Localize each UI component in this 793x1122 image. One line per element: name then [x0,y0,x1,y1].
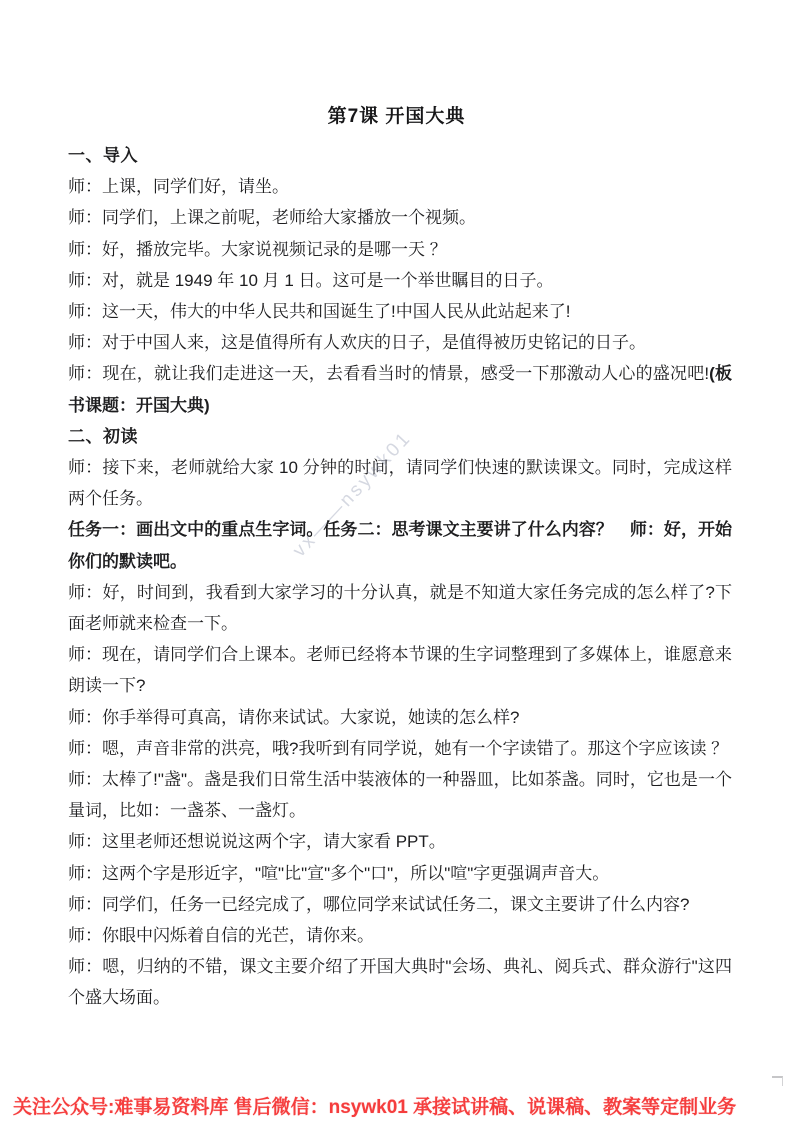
dialogue-line: 师：现在，请同学们合上课本。老师已经将本节课的生字词整理到了多媒体上，谁愿意来朗… [68,639,732,701]
task-instructions-line: 任务一：画出文中的重点生字词。任务二：思考课文主要讲了什么内容？ 师：好，开始你… [68,514,732,576]
dialogue-line: 师：对于中国人来，这是值得所有人欢庆的日子，是值得被历史铭记的日子。 [68,327,732,358]
dialogue-line: 师：同学们，上课之前呢，老师给大家播放一个视频。 [68,202,732,233]
dialogue-line: 师：同学们，任务一已经完成了，哪位同学来试试任务二，课文主要讲了什么内容? [68,889,732,920]
dialogue-line: 师：接下来，老师就给大家 10 分钟的时间，请同学们快速的默读课文。同时，完成这… [68,452,732,514]
dialogue-line: 师：这两个字是形近字，"喧"比"宣"多个"口"，所以"喧"字更强调声音大。 [68,858,732,889]
dialogue-line: 师：这一天，伟大的中华人民共和国诞生了!中国人民从此站起来了! [68,296,732,327]
dialogue-line: 师：这里老师还想说说这两个字，请大家看 PPT。 [68,826,732,857]
dialogue-line: 师：好，播放完毕。大家说视频记录的是哪一天 ？ [68,234,732,265]
dialogue-line: 师：嗯，声音非常的洪亮，哦?我听到有同学说，她有一个字读错了。那这个字应该读 ？ [68,733,732,764]
document-page: 第7课 开国大典 vx——nsywk01 一、导入 师：上课，同学们好，请坐。 … [0,0,793,1122]
dialogue-line: 师：你手举得可真高，请你来试试。大家说，她读的怎么样? [68,702,732,733]
lesson-script-body: 一、导入 师：上课，同学们好，请坐。 师：同学们，上课之前呢，老师给大家播放一个… [0,128,793,1014]
section-heading-first-reading: 二、初读 [68,421,732,452]
dialogue-text: 师：现在，就让我们走进这一天，去看看当时的情景，感受一下那激动人心的盛况吧! [68,364,709,383]
dialogue-line: 师：太棒了!"盏"。盏是我们日常生活中装液体的一种器皿，比如茶盏。同时，它也是一… [68,764,732,826]
dialogue-line: 师：上课，同学们好，请坐。 [68,171,732,202]
page-smudge-artifact [772,1076,783,1086]
dialogue-line: 师：嗯，归纳的不错，课文主要介绍了开国大典时"会场、典礼、阅兵式、群众游行"这四… [68,951,732,1013]
footer-promo-text: 关注公众号:难事易资料库 售后微信：nsywk01 承接试讲稿、说课稿、教案等定… [13,1092,793,1119]
dialogue-line: 师：好，时间到，我看到大家学习的十分认真，就是不知道大家任务完成的怎么样了?下面… [68,577,732,639]
dialogue-line-with-board-note: 师：现在，就让我们走进这一天，去看看当时的情景，感受一下那激动人心的盛况吧!(板… [68,358,732,420]
dialogue-line: 师：对，就是 1949 年 10 月 1 日。这可是一个举世瞩目的日子。 [68,265,732,296]
section-heading-intro: 一、导入 [68,140,732,171]
dialogue-line: 师：你眼中闪烁着自信的光芒，请你来。 [68,920,732,951]
page-title: 第7课 开国大典 [0,0,793,128]
